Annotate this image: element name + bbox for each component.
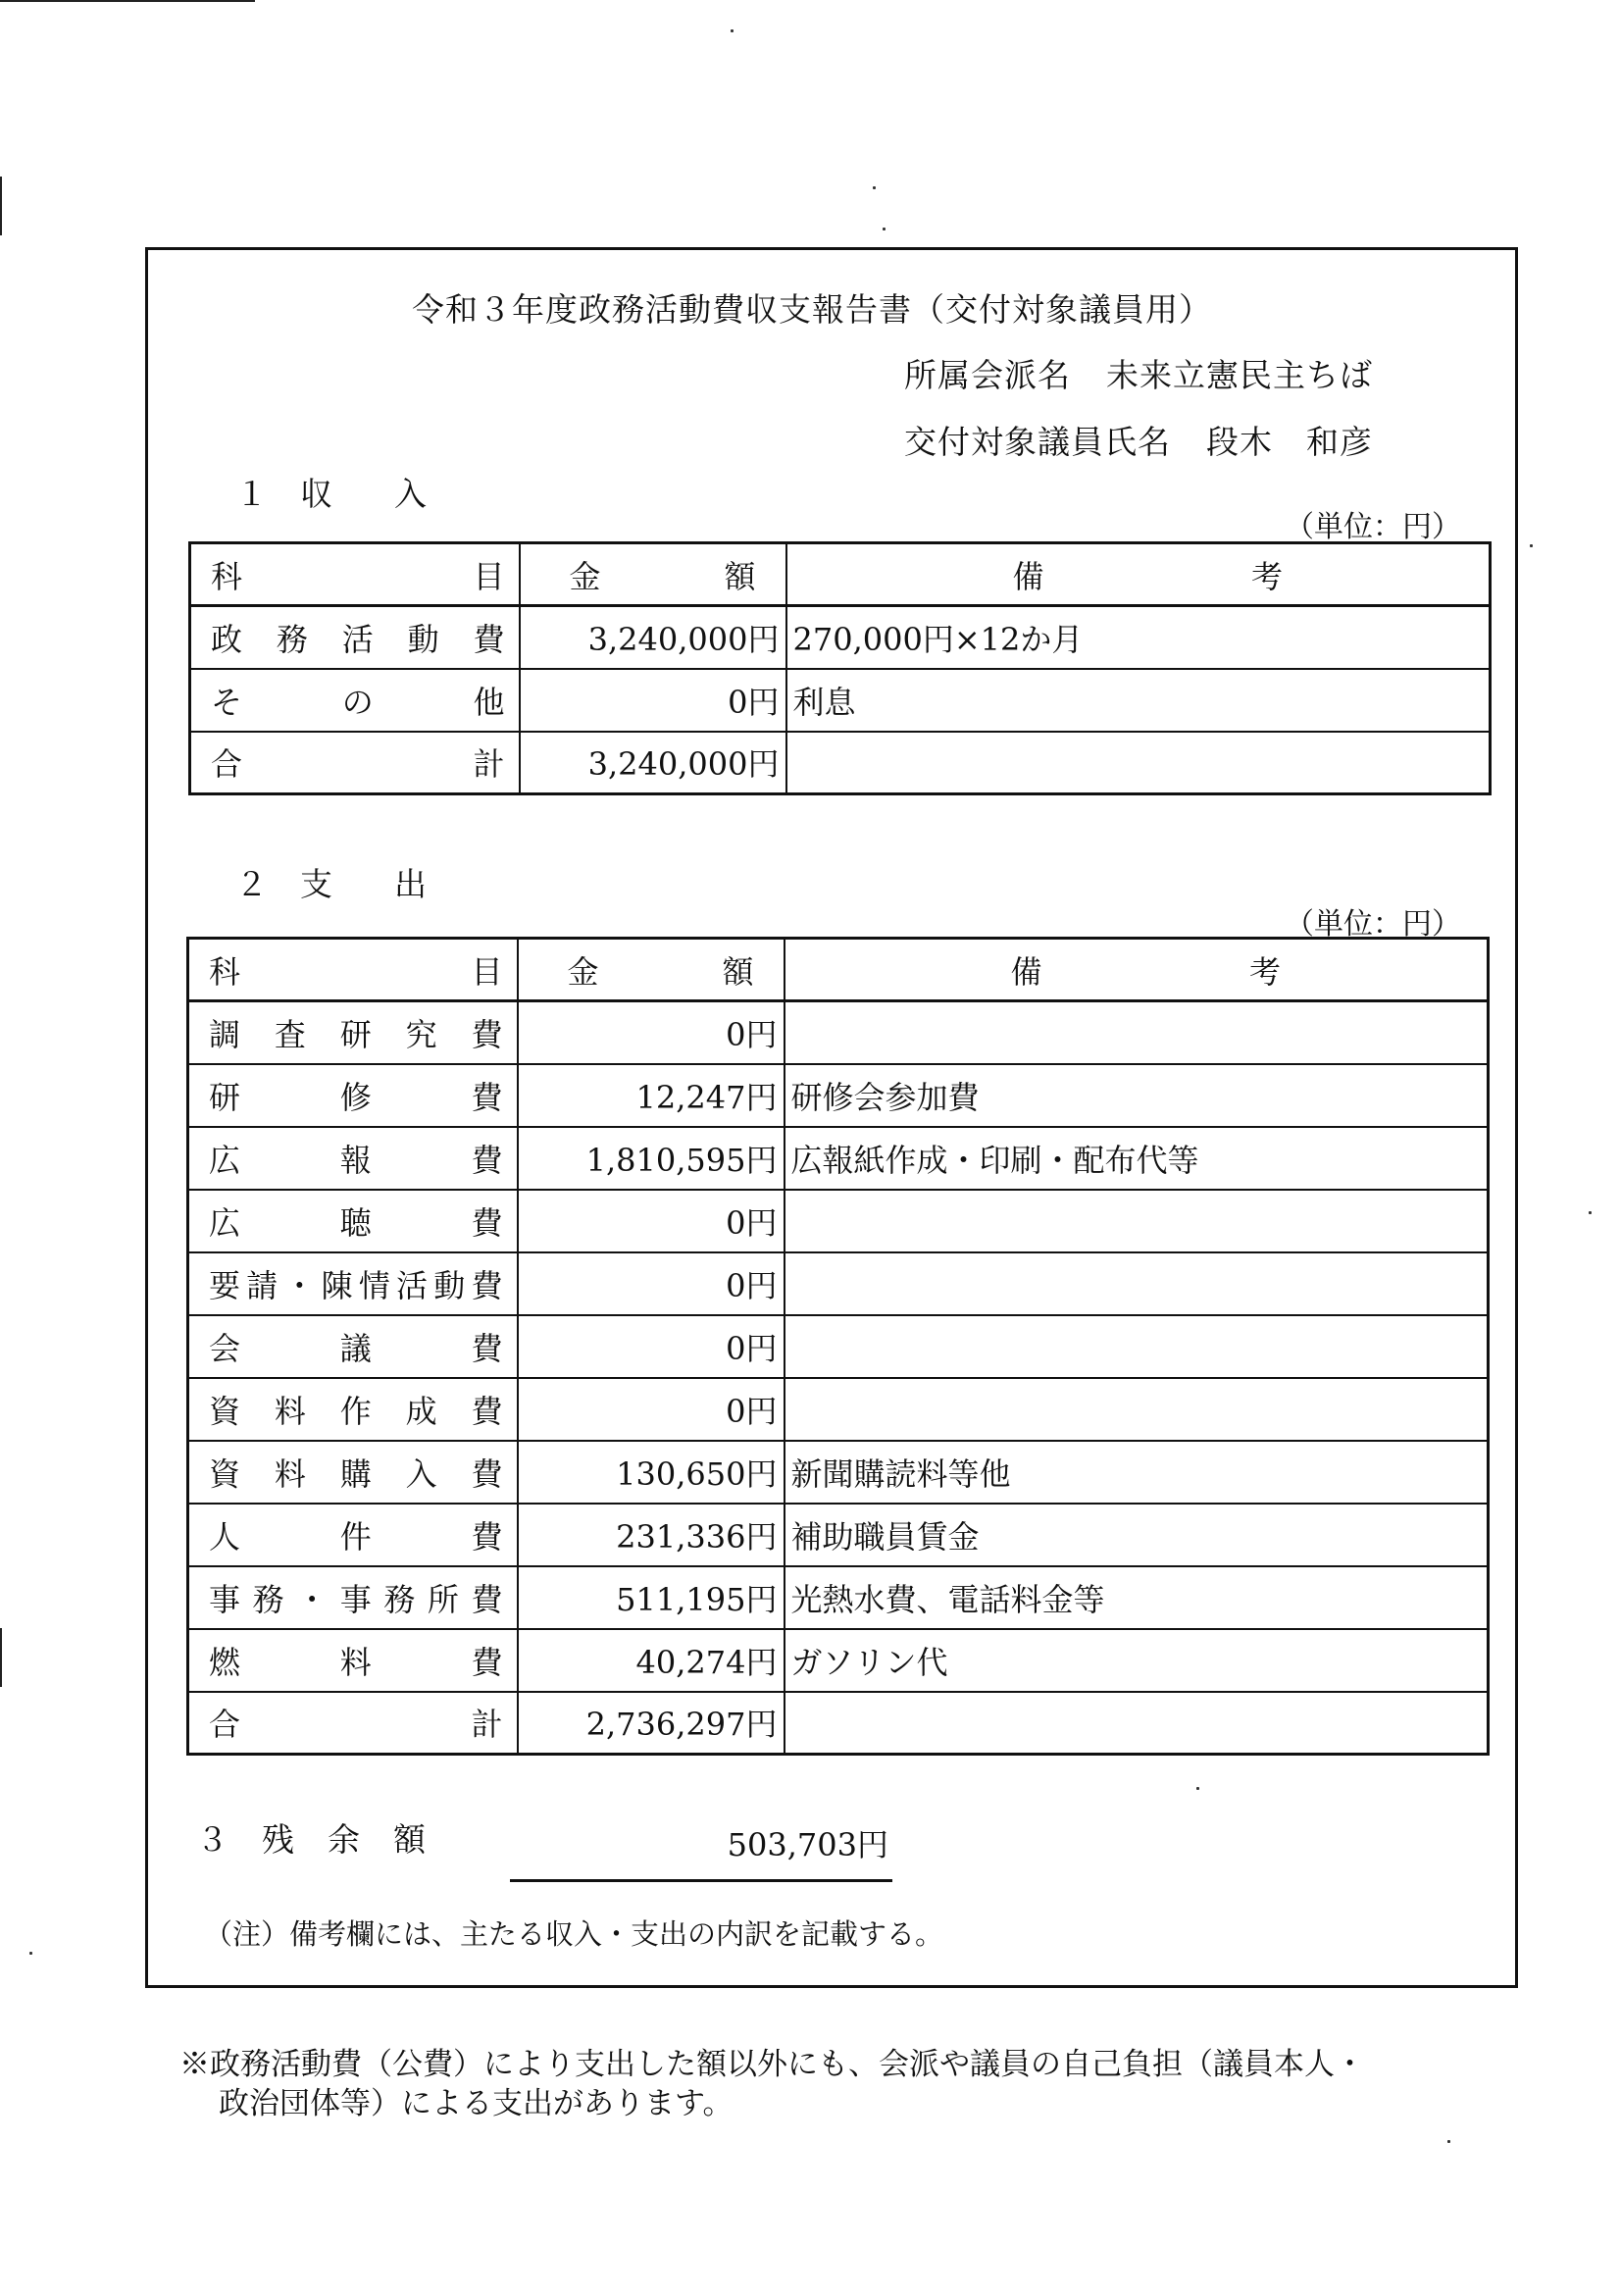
row-remarks <box>786 732 1491 794</box>
report-title: 令和３年度政務活動費収支報告書（交付対象議員用） <box>412 284 1212 331</box>
row-amount: 1,810,595円 <box>518 1127 785 1190</box>
row-remarks <box>785 1315 1489 1378</box>
footnote-line: 政治団体等）による支出があります。 <box>179 2084 1365 2123</box>
table-row: 政務活動費 3,240,000円 270,000円×12か月 <box>190 606 1491 669</box>
income-unit: （単位：円） <box>1285 502 1461 545</box>
row-item: 研修費 <box>188 1064 518 1127</box>
row-remarks: 広報紙作成・印刷・配布代等 <box>785 1127 1489 1190</box>
scan-dust <box>731 29 734 32</box>
faction-line: 所属会派名未来立憲民主ちば <box>904 350 1373 396</box>
scan-dust <box>1530 544 1533 547</box>
scan-dust <box>873 186 876 189</box>
income-heading-number: １ <box>235 469 300 515</box>
scan-edge-mark <box>0 177 2 235</box>
footnote-line: ※政務活動費（公費）により支出した額以外にも、会派や議員の自己負担（議員本人・ <box>179 2045 1365 2084</box>
balance-heading-char: 残 <box>262 1814 294 1861</box>
table-row: 広聴費0円 <box>188 1190 1489 1252</box>
row-item: 人件費 <box>188 1504 518 1566</box>
row-item: 会議費 <box>188 1315 518 1378</box>
scan-dust <box>1589 1211 1592 1214</box>
income-heading-char: 収 <box>300 469 394 515</box>
row-remarks: 補助職員賃金 <box>785 1504 1489 1566</box>
row-amount: 0円 <box>518 1378 785 1441</box>
row-remarks: 新聞購読料等他 <box>785 1441 1489 1504</box>
row-amount: 3,240,000円 <box>520 606 786 669</box>
row-amount: 0円 <box>518 1315 785 1378</box>
table-row-total: 合計2,736,297円 <box>188 1692 1489 1755</box>
row-amount: 231,336円 <box>518 1504 785 1566</box>
row-remarks: 研修会参加費 <box>785 1064 1489 1127</box>
table-row: 要請・陳情活動費0円 <box>188 1252 1489 1315</box>
row-item: 広聴費 <box>188 1190 518 1252</box>
row-amount: 12,247円 <box>518 1064 785 1127</box>
column-header-item: 科目 <box>190 543 520 606</box>
row-item: 資料作成費 <box>188 1378 518 1441</box>
row-amount: 130,650円 <box>518 1441 785 1504</box>
column-header-remarks: 備考 <box>786 543 1491 606</box>
row-amount: 3,240,000円 <box>520 732 786 794</box>
row-amount: 0円 <box>518 1252 785 1315</box>
row-remarks: 利息 <box>786 669 1491 732</box>
scan-dust <box>883 228 886 230</box>
column-header-amount: 金額 <box>520 543 786 606</box>
scan-dust <box>1447 2140 1450 2143</box>
table-row: 調査研究費0円 <box>188 1001 1489 1064</box>
faction-label: 所属会派名 <box>904 356 1071 394</box>
row-remarks: 光熱水費、電話料金等 <box>785 1566 1489 1629</box>
faction-value: 未来立憲民主ちば <box>1106 356 1373 394</box>
member-label: 交付対象議員氏名 <box>904 423 1171 461</box>
income-heading-char: 入 <box>394 469 427 515</box>
balance-heading: ３残余額 <box>196 1814 459 1861</box>
row-amount: 0円 <box>520 669 786 732</box>
row-item: 要請・陳情活動費 <box>188 1252 518 1315</box>
expenditure-heading-number: ２ <box>235 859 300 905</box>
row-item: 広報費 <box>188 1127 518 1190</box>
row-remarks: 270,000円×12か月 <box>786 606 1491 669</box>
row-remarks <box>785 1692 1489 1755</box>
row-item: 政務活動費 <box>190 606 520 669</box>
table-row: 燃料費40,274円ガソリン代 <box>188 1629 1489 1692</box>
row-amount: 511,195円 <box>518 1566 785 1629</box>
expenditure-heading-char: 出 <box>394 859 427 905</box>
table-row: 資料購入費130,650円新聞購読料等他 <box>188 1441 1489 1504</box>
column-header-item: 科目 <box>188 939 518 1001</box>
table-row: 人件費231,336円補助職員賃金 <box>188 1504 1489 1566</box>
table-row-total: 合計 3,240,000円 <box>190 732 1491 794</box>
table-row: 事務・事務所費511,195円光熱水費、電話料金等 <box>188 1566 1489 1629</box>
row-item: その他 <box>190 669 520 732</box>
scan-edge-mark <box>0 1628 2 1687</box>
row-amount: 40,274円 <box>518 1629 785 1692</box>
row-remarks <box>785 1378 1489 1441</box>
scan-dust <box>29 1952 32 1955</box>
row-item: 燃料費 <box>188 1629 518 1692</box>
income-heading: １収入 <box>235 469 427 515</box>
table-row: 会議費0円 <box>188 1315 1489 1378</box>
balance-heading-number: ３ <box>196 1814 228 1861</box>
expenditure-heading: ２支出 <box>235 859 427 905</box>
row-remarks: ガソリン代 <box>785 1629 1489 1692</box>
table-row: 広報費1,810,595円広報紙作成・印刷・配布代等 <box>188 1127 1489 1190</box>
income-table: 科目 金額 備考 政務活動費 3,240,000円 270,000円×12か月 … <box>188 541 1492 795</box>
scan-dust <box>1196 1787 1199 1790</box>
member-line: 交付対象議員氏名段木 和彦 <box>904 417 1373 463</box>
row-item: 合計 <box>188 1692 518 1755</box>
table-row: 研修費12,247円研修会参加費 <box>188 1064 1489 1127</box>
balance-heading-char: 余 <box>328 1814 360 1861</box>
row-amount: 0円 <box>518 1190 785 1252</box>
column-header-remarks: 備考 <box>785 939 1489 1001</box>
row-item: 合計 <box>190 732 520 794</box>
scan-edge-mark <box>0 0 255 2</box>
row-remarks <box>785 1001 1489 1064</box>
row-amount: 2,736,297円 <box>518 1692 785 1755</box>
balance-heading-char: 額 <box>393 1814 426 1861</box>
balance-value: 503,703円 <box>510 1820 892 1882</box>
table-row: その他 0円 利息 <box>190 669 1491 732</box>
row-remarks <box>785 1252 1489 1315</box>
footnote: ※政務活動費（公費）により支出した額以外にも、会派や議員の自己負担（議員本人・ … <box>179 2045 1365 2123</box>
column-header-amount: 金額 <box>518 939 785 1001</box>
expenditure-heading-char: 支 <box>300 859 394 905</box>
expenditure-table: 科目 金額 備考 調査研究費0円 研修費12,247円研修会参加費 広報費1,8… <box>186 937 1490 1756</box>
row-item: 調査研究費 <box>188 1001 518 1064</box>
row-item: 資料購入費 <box>188 1441 518 1504</box>
row-remarks <box>785 1190 1489 1252</box>
row-item: 事務・事務所費 <box>188 1566 518 1629</box>
table-header-row: 科目 金額 備考 <box>190 543 1491 606</box>
table-header-row: 科目 金額 備考 <box>188 939 1489 1001</box>
remarks-note: （注）備考欄には、主たる収入・支出の内訳を記載する。 <box>204 1913 943 1953</box>
member-value: 段木 和彦 <box>1206 423 1373 461</box>
row-amount: 0円 <box>518 1001 785 1064</box>
table-row: 資料作成費0円 <box>188 1378 1489 1441</box>
